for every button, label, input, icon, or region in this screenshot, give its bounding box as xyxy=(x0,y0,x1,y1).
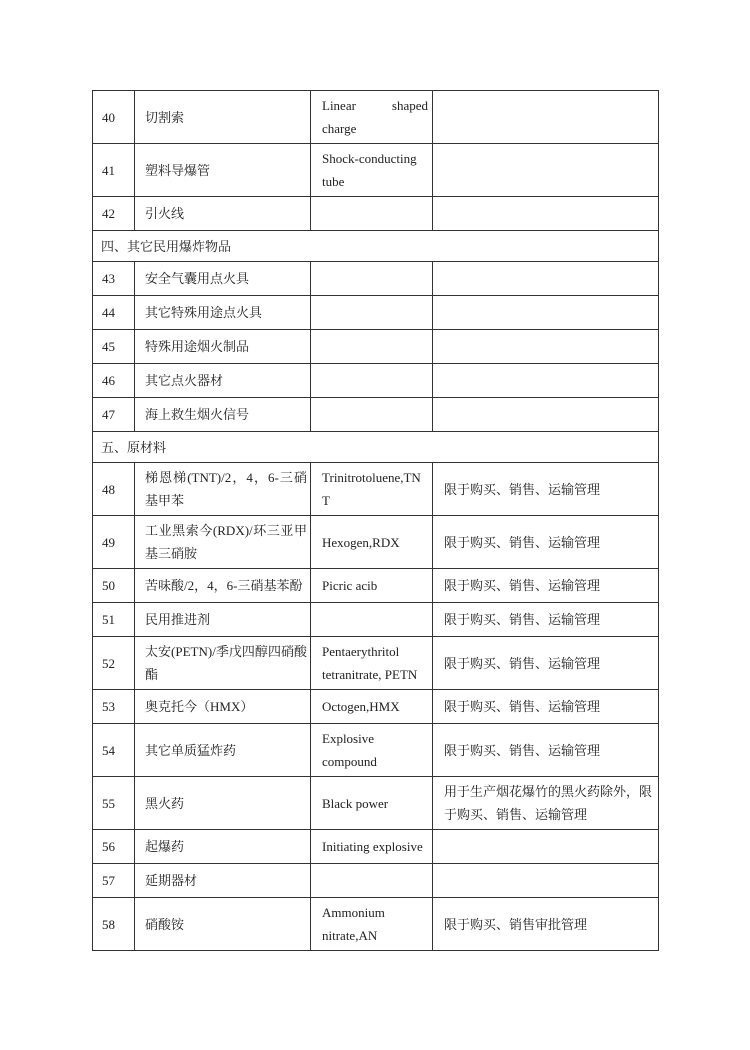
item-note-cell xyxy=(433,262,659,296)
item-name-en-cell: Shock-conducting tube xyxy=(311,144,433,197)
item-number-cell: 46 xyxy=(93,364,135,398)
item-name-en-cell xyxy=(311,398,433,432)
item-name-en-cell: Ammonium nitrate,AN xyxy=(311,898,433,951)
item-name-en-cell: Pentaerythritol tetranitrate, PETN xyxy=(311,637,433,690)
section-header-label: 五、原材料 xyxy=(93,432,659,463)
item-number-cell: 44 xyxy=(93,296,135,330)
item-name-en-cell: Initiating explosive xyxy=(311,830,433,864)
item-name-cn-cell: 海上救生烟火信号 xyxy=(135,398,311,432)
section-header-label: 四、其它民用爆炸物品 xyxy=(93,231,659,262)
item-note-cell xyxy=(433,864,659,898)
item-number-cell: 41 xyxy=(93,144,135,197)
item-note-cell xyxy=(433,364,659,398)
item-name-cn-cell: 黑火药 xyxy=(135,777,311,830)
table-row: 52太安(PETN)/季戊四醇四硝酸酯Pentaerythritol tetra… xyxy=(93,637,659,690)
item-name-cn-cell: 起爆药 xyxy=(135,830,311,864)
item-note-cell: 限于购买、销售、运输管理 xyxy=(433,690,659,724)
item-note-cell xyxy=(433,830,659,864)
item-number-cell: 51 xyxy=(93,603,135,637)
item-number-cell: 49 xyxy=(93,516,135,569)
item-name-cn-cell: 塑料导爆管 xyxy=(135,144,311,197)
item-note-cell: 限于购买、销售、运输管理 xyxy=(433,463,659,516)
table-row: 48梯恩梯(TNT)/2，4，6-三硝基甲苯Trinitrotoluene,TN… xyxy=(93,463,659,516)
item-note-cell: 限于购买、销售、运输管理 xyxy=(433,603,659,637)
item-name-en-cell: Picric acib xyxy=(311,569,433,603)
item-name-en-cell xyxy=(311,296,433,330)
document-page: 40切割索Linear shaped charge41塑料导爆管Shock-co… xyxy=(0,0,750,1050)
table-row: 41塑料导爆管Shock-conducting tube xyxy=(93,144,659,197)
item-name-en-cell xyxy=(311,603,433,637)
item-number-cell: 47 xyxy=(93,398,135,432)
table-row: 46其它点火器材 xyxy=(93,364,659,398)
item-note-cell xyxy=(433,296,659,330)
item-name-cn-cell: 工业黑索今(RDX)/环三亚甲基三硝胺 xyxy=(135,516,311,569)
item-name-cn-cell: 奥克托今（HMX） xyxy=(135,690,311,724)
item-note-cell: 限于购买、销售、运输管理 xyxy=(433,516,659,569)
table-row: 53奥克托今（HMX）Octogen,HMX限于购买、销售、运输管理 xyxy=(93,690,659,724)
table-row: 55黑火药Black power用于生产烟花爆竹的黑火药除外，限于购买、销售、运… xyxy=(93,777,659,830)
item-name-cn-cell: 引火线 xyxy=(135,197,311,231)
table-row: 49工业黑索今(RDX)/环三亚甲基三硝胺Hexogen,RDX限于购买、销售、… xyxy=(93,516,659,569)
table-row: 51民用推进剂限于购买、销售、运输管理 xyxy=(93,603,659,637)
table-row: 40切割索Linear shaped charge xyxy=(93,91,659,144)
table-row: 57延期器材 xyxy=(93,864,659,898)
item-number-cell: 50 xyxy=(93,569,135,603)
item-note-cell xyxy=(433,144,659,197)
item-name-en-cell: Linear shaped charge xyxy=(311,91,433,144)
item-note-cell: 限于购买、销售、运输管理 xyxy=(433,724,659,777)
item-number-cell: 45 xyxy=(93,330,135,364)
table-row: 42引火线 xyxy=(93,197,659,231)
table-body: 40切割索Linear shaped charge41塑料导爆管Shock-co… xyxy=(93,91,659,951)
item-note-cell: 限于购买、销售、运输管理 xyxy=(433,637,659,690)
item-number-cell: 52 xyxy=(93,637,135,690)
item-name-en-cell: Explosive compound xyxy=(311,724,433,777)
item-note-cell: 限于购买、销售、运输管理 xyxy=(433,569,659,603)
item-note-cell: 用于生产烟花爆竹的黑火药除外，限于购买、销售、运输管理 xyxy=(433,777,659,830)
item-number-cell: 53 xyxy=(93,690,135,724)
table-row: 50苦味酸/2，4，6-三硝基苯酚Picric acib限于购买、销售、运输管理 xyxy=(93,569,659,603)
table-row: 58硝酸铵Ammonium nitrate,AN限于购买、销售审批管理 xyxy=(93,898,659,951)
item-name-en-cell: Black power xyxy=(311,777,433,830)
item-name-cn-cell: 切割索 xyxy=(135,91,311,144)
item-name-cn-cell: 延期器材 xyxy=(135,864,311,898)
restricted-explosives-table: 40切割索Linear shaped charge41塑料导爆管Shock-co… xyxy=(92,90,659,951)
item-number-cell: 55 xyxy=(93,777,135,830)
item-number-cell: 58 xyxy=(93,898,135,951)
table-row: 56起爆药Initiating explosive xyxy=(93,830,659,864)
item-name-cn-cell: 苦味酸/2，4，6-三硝基苯酚 xyxy=(135,569,311,603)
item-name-cn-cell: 特殊用途烟火制品 xyxy=(135,330,311,364)
item-name-cn-cell: 梯恩梯(TNT)/2，4，6-三硝基甲苯 xyxy=(135,463,311,516)
item-note-cell xyxy=(433,330,659,364)
item-number-cell: 40 xyxy=(93,91,135,144)
item-name-en-cell xyxy=(311,330,433,364)
table-row: 47海上救生烟火信号 xyxy=(93,398,659,432)
item-name-en-cell: Trinitrotoluene,TNT xyxy=(311,463,433,516)
item-name-cn-cell: 其它点火器材 xyxy=(135,364,311,398)
item-name-cn-cell: 硝酸铵 xyxy=(135,898,311,951)
table-row: 54其它单质猛炸药Explosive compound限于购买、销售、运输管理 xyxy=(93,724,659,777)
table-row: 45特殊用途烟火制品 xyxy=(93,330,659,364)
item-name-cn-cell: 安全气囊用点火具 xyxy=(135,262,311,296)
item-number-cell: 56 xyxy=(93,830,135,864)
item-name-en-cell xyxy=(311,864,433,898)
table-row: 43安全气囊用点火具 xyxy=(93,262,659,296)
item-name-cn-cell: 民用推进剂 xyxy=(135,603,311,637)
section-header-row: 四、其它民用爆炸物品 xyxy=(93,231,659,262)
item-name-cn-cell: 其它特殊用途点火具 xyxy=(135,296,311,330)
item-note-cell xyxy=(433,197,659,231)
item-number-cell: 42 xyxy=(93,197,135,231)
section-header-row: 五、原材料 xyxy=(93,432,659,463)
item-name-cn-cell: 其它单质猛炸药 xyxy=(135,724,311,777)
item-number-cell: 43 xyxy=(93,262,135,296)
table-row: 44其它特殊用途点火具 xyxy=(93,296,659,330)
item-name-cn-cell: 太安(PETN)/季戊四醇四硝酸酯 xyxy=(135,637,311,690)
item-number-cell: 57 xyxy=(93,864,135,898)
item-note-cell xyxy=(433,91,659,144)
item-name-en-cell xyxy=(311,262,433,296)
item-number-cell: 48 xyxy=(93,463,135,516)
item-note-cell xyxy=(433,398,659,432)
item-number-cell: 54 xyxy=(93,724,135,777)
item-name-en-cell xyxy=(311,364,433,398)
item-name-en-cell xyxy=(311,197,433,231)
item-name-en-cell: Hexogen,RDX xyxy=(311,516,433,569)
item-note-cell: 限于购买、销售审批管理 xyxy=(433,898,659,951)
item-name-en-cell: Octogen,HMX xyxy=(311,690,433,724)
